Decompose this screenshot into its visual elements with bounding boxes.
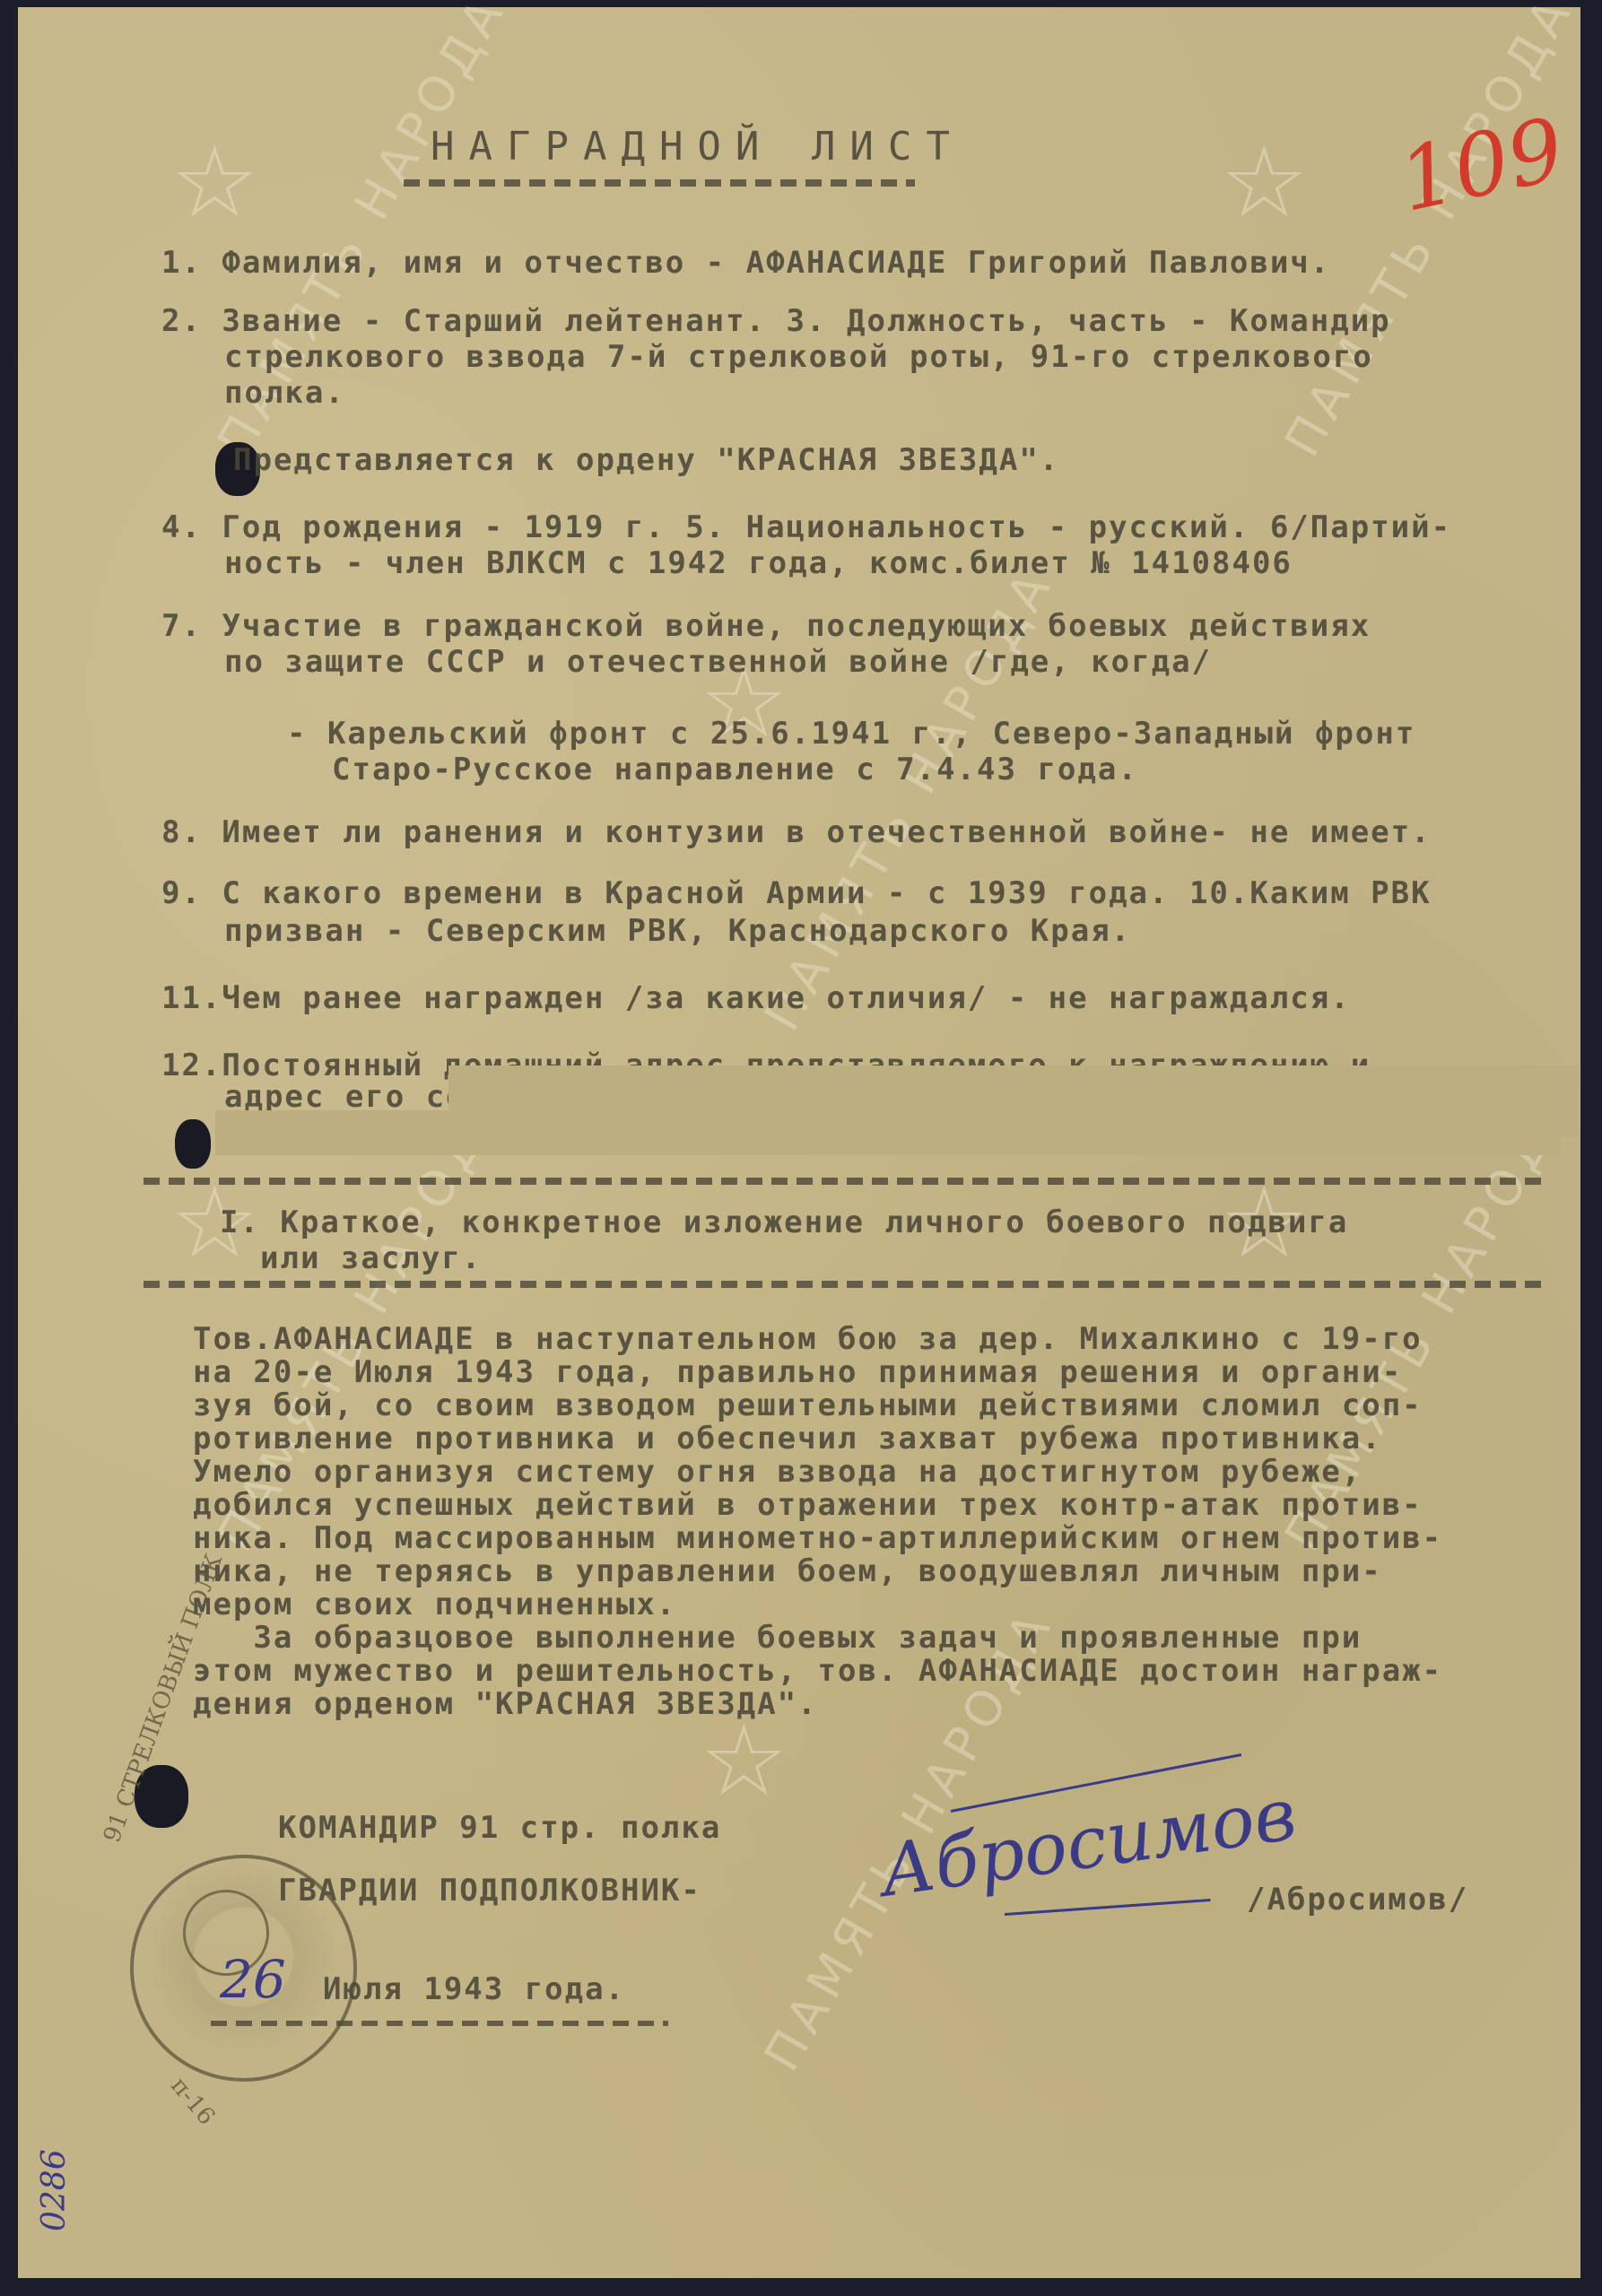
punch-hole xyxy=(175,1119,211,1169)
field-birth-nationality-party: 4. Год рождения - 1919 г. 5. Национально… xyxy=(161,509,1451,545)
narrative-line: Тов.АФАНАСИАДЕ в наступательном бою за д… xyxy=(193,1321,1423,1357)
narrative-line: дения орденом "КРАСНАЯ ЗВЕЗДА". xyxy=(193,1686,818,1722)
field-fronts-cont: Старо-Русское направление с 7.4.43 года. xyxy=(332,752,1138,787)
section-divider xyxy=(144,1281,1543,1288)
field-drafted-by: призван - Северским РВК, Краснодарского … xyxy=(224,913,1131,949)
narrative-line: этом мужество и решительность, тов. АФАН… xyxy=(193,1653,1442,1689)
page-title: НАГРАДНОЙ ЛИСТ xyxy=(431,124,964,170)
field-fronts: - Карельский фронт с 25.6.1941 г., Север… xyxy=(287,716,1415,752)
narrative-line: Умело организуя систему огня взвода на д… xyxy=(193,1454,1362,1490)
narrative-line: ника. Под массированным минометно-артилл… xyxy=(193,1520,1442,1556)
archive-number: 0286 xyxy=(36,2149,73,2231)
award-sheet-page: ☆ ☆ ☆ ☆ ☆ ☆ ПАМЯТЬ НАРОДА ПАМЯТЬ НАРОДА … xyxy=(18,7,1580,2278)
date-underline xyxy=(211,2021,668,2026)
signature-title: КОМАНДИР 91 стр. полка xyxy=(278,1810,721,1846)
watermark-star-icon: ☆ xyxy=(170,133,269,231)
field-wounds: 8. Имеет ли ранения и контузии в отечест… xyxy=(161,814,1432,850)
field-rank-position-cont: полка. xyxy=(224,375,345,411)
narrative-line: мером своих подчиненных. xyxy=(193,1587,676,1622)
field-party-membership: ность - член ВЛКСМ с 1942 года, комс.бил… xyxy=(224,545,1293,581)
nomination-order: Представляется к ордену "КРАСНАЯ ЗВЕЗДА"… xyxy=(233,442,1059,478)
field-full-name: 1. Фамилия, имя и отчество - АФАНАСИАДЕ … xyxy=(161,245,1330,281)
field-rank-position-cont: стрелкового взвода 7-й стрелковой роты, … xyxy=(224,339,1373,375)
narrative-line: добился успешных действий в отражении тр… xyxy=(193,1487,1423,1523)
field-previous-awards: 11.Чем ранее награжден /за какие отличия… xyxy=(161,980,1351,1016)
field-war-participation: 7. Участие в гражданской войне, последую… xyxy=(161,608,1371,644)
signature-rank: ГВАРДИИ ПОДПОЛКОВНИК- xyxy=(278,1873,701,1909)
watermark-star-icon: ☆ xyxy=(1220,133,1319,231)
watermark-star-icon: ☆ xyxy=(700,1711,798,1810)
field-service-since: 9. С какого времени в Красной Армии - с … xyxy=(161,875,1432,911)
narrative-line: зуя бой, со своим взводом решительными д… xyxy=(193,1387,1423,1423)
narrative-line: ника, не теряясь в управлении боем, воод… xyxy=(193,1553,1382,1589)
signature-stroke xyxy=(1005,1899,1211,1916)
narrative-line: ротивление противника и обеспечил захват… xyxy=(193,1421,1382,1457)
title-underline xyxy=(404,179,915,187)
red-archive-mark: 109 xyxy=(1390,99,1572,231)
section-heading: I. Краткое, конкретное изложение личного… xyxy=(220,1205,1348,1240)
field-war-participation-cont: по защите СССР и отечественной войне /гд… xyxy=(224,644,1212,680)
section-divider xyxy=(144,1178,1543,1185)
section-heading-cont: или заслуг. xyxy=(260,1240,482,1276)
handwritten-day: 26 xyxy=(220,1949,286,2010)
narrative-line: на 20-е Июля 1943 года, правильно приним… xyxy=(193,1354,1402,1390)
signer-name: /Абросимов/ xyxy=(1247,1882,1468,1918)
field-rank-position: 2. Звание - Старший лейтенант. 3. Должно… xyxy=(161,303,1391,339)
narrative-line: За образцовое выполнение боевых задач и … xyxy=(193,1620,1362,1656)
watermark: ПАМЯТЬ НАРОДА xyxy=(1274,0,1585,465)
signature-date: Июля 1943 года. xyxy=(323,1971,625,2007)
seal-number: п-16 xyxy=(165,2073,220,2131)
redacted-area xyxy=(215,1110,1561,1155)
